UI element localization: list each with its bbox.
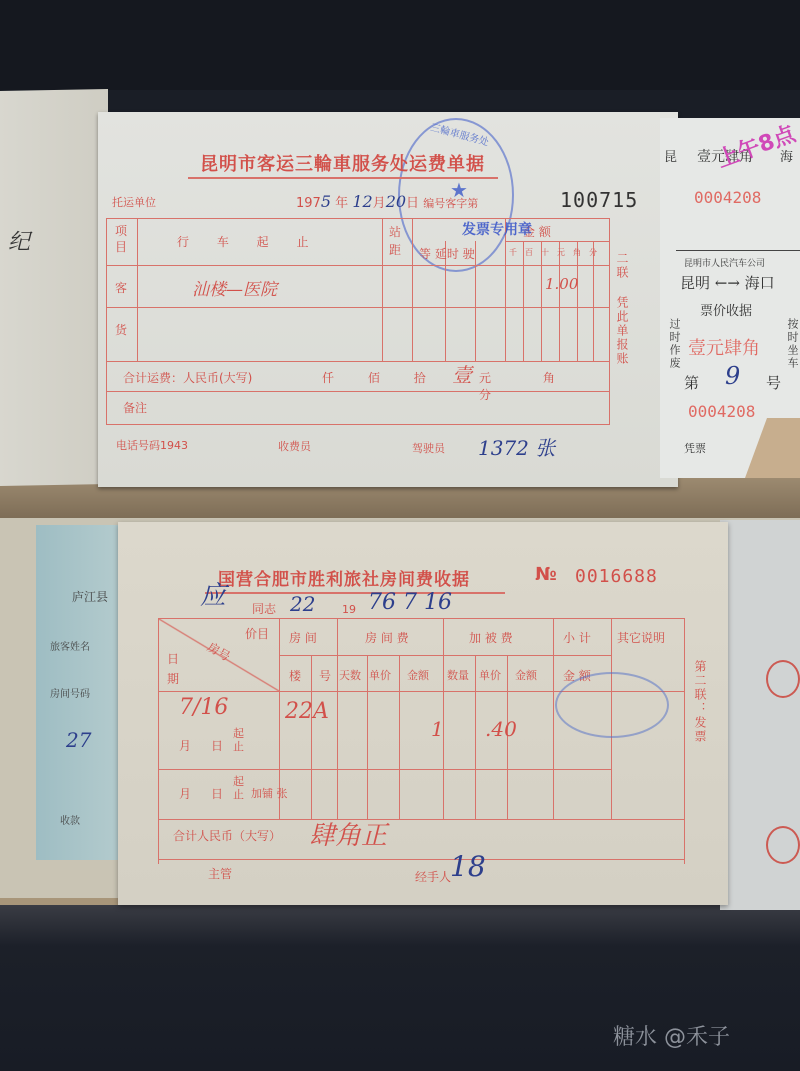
second-copy-invoice-label: 第二联：发票 <box>692 660 709 744</box>
table-bottom-rule <box>159 859 684 860</box>
handler-label: 经手人 <box>415 868 451 885</box>
watermark: 糖水 @禾子 <box>613 1020 730 1051</box>
date-prefix: 197 <box>296 196 321 211</box>
red-round-seal <box>766 660 800 698</box>
ticket-number-handwritten: 9 <box>725 362 740 390</box>
row1-room-handwritten: 22A <box>285 699 329 724</box>
number-sign: № <box>535 564 557 585</box>
room-fee-table: 价目 房号 日期 房 间 房 间 费 加 被 费 小 计 其它说明 楼 号 天数… <box>158 618 685 864</box>
receipt-title: 昆明市客运三輪車服务处运费单据 <box>200 150 485 176</box>
phone-number: 电话号码1943 <box>116 437 188 453</box>
header-unit-price-2: 单价 <box>479 667 501 683</box>
hotel-total-label: 合计人民币（大写） <box>173 827 281 844</box>
row-passenger-route: 汕楼—医院 <box>192 275 277 300</box>
bus-route: 昆明 ←→ 海口 <box>680 272 775 293</box>
header-amount: 金额 <box>407 667 429 683</box>
header-route: 行 车 起 止 <box>177 233 320 250</box>
header-bedding-fee: 加 被 费 <box>469 629 513 646</box>
ticket-origin-tag: 昆 <box>664 146 677 165</box>
fare-table: 项目 行 车 起 止 站距 等 延时 驶 金 额 千百十元角分 客 汕楼—医院 … <box>106 218 610 425</box>
hotel-stamp <box>555 672 669 738</box>
side-slip-footer: 收款 <box>60 812 80 827</box>
day-label: 日 <box>406 196 419 211</box>
collector-label: 收费员 <box>278 438 311 454</box>
fare-receipt-label: 票价收据 <box>700 300 752 319</box>
dark-background-top <box>0 0 800 90</box>
ontime-note: 按时坐车 <box>784 318 800 370</box>
side-slip-room: 27 <box>66 728 91 752</box>
date-year-handwritten: 5 <box>321 192 331 211</box>
red-round-seal-2 <box>766 826 800 864</box>
total-units: 仟 佰 拾 <box>322 369 426 386</box>
year-prefix: 19 <box>342 603 356 616</box>
header-wait-time: 等 延时 驶 <box>419 245 475 262</box>
ticket-top-serial: 0004208 <box>694 188 761 207</box>
copy-label: 二联 <box>614 252 631 280</box>
header-room-fee: 房 间 费 <box>365 629 409 646</box>
remarks-label: 备注 <box>123 399 147 416</box>
title-underline <box>188 177 498 179</box>
bus-company: 昆明市人民汽车公司 <box>684 256 765 269</box>
header-days: 天数 <box>339 667 361 683</box>
hotel-total-handwritten: 肆角正 <box>309 815 387 852</box>
header-unit-price: 单价 <box>369 667 391 683</box>
row1-days: 1 <box>431 717 444 741</box>
driver-label: 驾驶员 <box>412 440 445 456</box>
row-passenger-amount: 1.00 <box>545 275 578 293</box>
number-prefix: 第 <box>684 372 699 393</box>
ticket-stub-label: 凭票 <box>684 440 706 456</box>
ticket-bottom-serial: 0004208 <box>688 402 755 421</box>
header-number: 号 <box>319 667 331 684</box>
date-line: 1975 年 12月20日 编号客字第 <box>296 192 478 211</box>
driver-signature: 1372 张 <box>478 432 555 461</box>
amount-units: 千百十元角分 <box>509 247 605 258</box>
room-number-label: 房间号码 <box>50 685 90 700</box>
date-day-handwritten: 20 <box>386 192 406 211</box>
date-month-handwritten: 12 <box>352 192 372 211</box>
handler-signature: 18 <box>450 850 486 883</box>
number-suffix: 号 <box>766 372 781 393</box>
consignor-label: 托运单位 <box>112 194 156 210</box>
header-quantity: 数量 <box>447 667 469 683</box>
header-building: 楼 <box>289 667 301 684</box>
year-label: 年 <box>335 196 348 211</box>
manager-label: 主管 <box>208 865 232 882</box>
header-price-item: 价目 <box>245 625 269 642</box>
row1-date-handwritten: 7/16 <box>179 695 228 720</box>
row1-day: 日 <box>211 737 223 754</box>
reimburse-label: 凭此单报账 <box>614 296 631 366</box>
row2-month: 月 <box>179 785 191 802</box>
guest-name-handwritten: 应 <box>200 575 226 612</box>
room-handwritten-top: 22 <box>290 592 315 616</box>
row2-day: 日 <box>211 785 223 802</box>
expiry-note: 过时作废 <box>666 318 682 370</box>
extra-bed-label: 加铺 张 <box>251 785 288 801</box>
row-cargo-label: 货 <box>115 321 127 338</box>
ticket-price: 壹元肆角 <box>688 334 760 360</box>
side-slip-header: 庐江县 <box>72 588 108 605</box>
header-date: 日期 <box>167 649 181 689</box>
total-handwritten: 壹 <box>452 359 472 388</box>
header-distance: 站距 <box>389 223 403 259</box>
comrade-label: 同志 <box>252 600 276 617</box>
month-label: 月 <box>373 196 386 211</box>
cover-handwriting: 纪 <box>8 225 30 256</box>
total-units-2: 元 角 分 <box>479 369 609 403</box>
total-label: 合计运费：人民币(大写) <box>123 369 252 386</box>
hotel-receipt-serial: 0016688 <box>575 566 658 587</box>
hotel-title-underline <box>205 592 505 594</box>
row-passenger-label: 客 <box>115 279 127 296</box>
receipt-serial: 100715 <box>560 188 638 212</box>
hotel-date-handwritten: 76 7 16 <box>368 590 452 615</box>
guest-name-label: 旅客姓名 <box>50 638 90 653</box>
ticket-divider <box>676 250 800 251</box>
hotel-receipt-title: 国营合肥市胜利旅社房间费收据 <box>218 565 470 590</box>
header-other-notes: 其它说明 <box>617 629 665 646</box>
row2-range: 起止 <box>233 775 245 801</box>
header-subtotal: 小 计 <box>563 629 591 646</box>
invoice-stamp-text: 发票专用章 <box>462 219 532 239</box>
number-label: 编号客字第 <box>423 197 478 210</box>
row1-month: 月 <box>179 737 191 754</box>
row1-range: 起止 <box>233 727 245 753</box>
row1-price: .40 <box>485 717 517 741</box>
header-room: 房 间 <box>289 629 317 646</box>
header-item: 项目 <box>115 223 129 255</box>
header-amount-2: 金额 <box>515 667 537 683</box>
receipt-book-cover-flap <box>0 89 108 486</box>
